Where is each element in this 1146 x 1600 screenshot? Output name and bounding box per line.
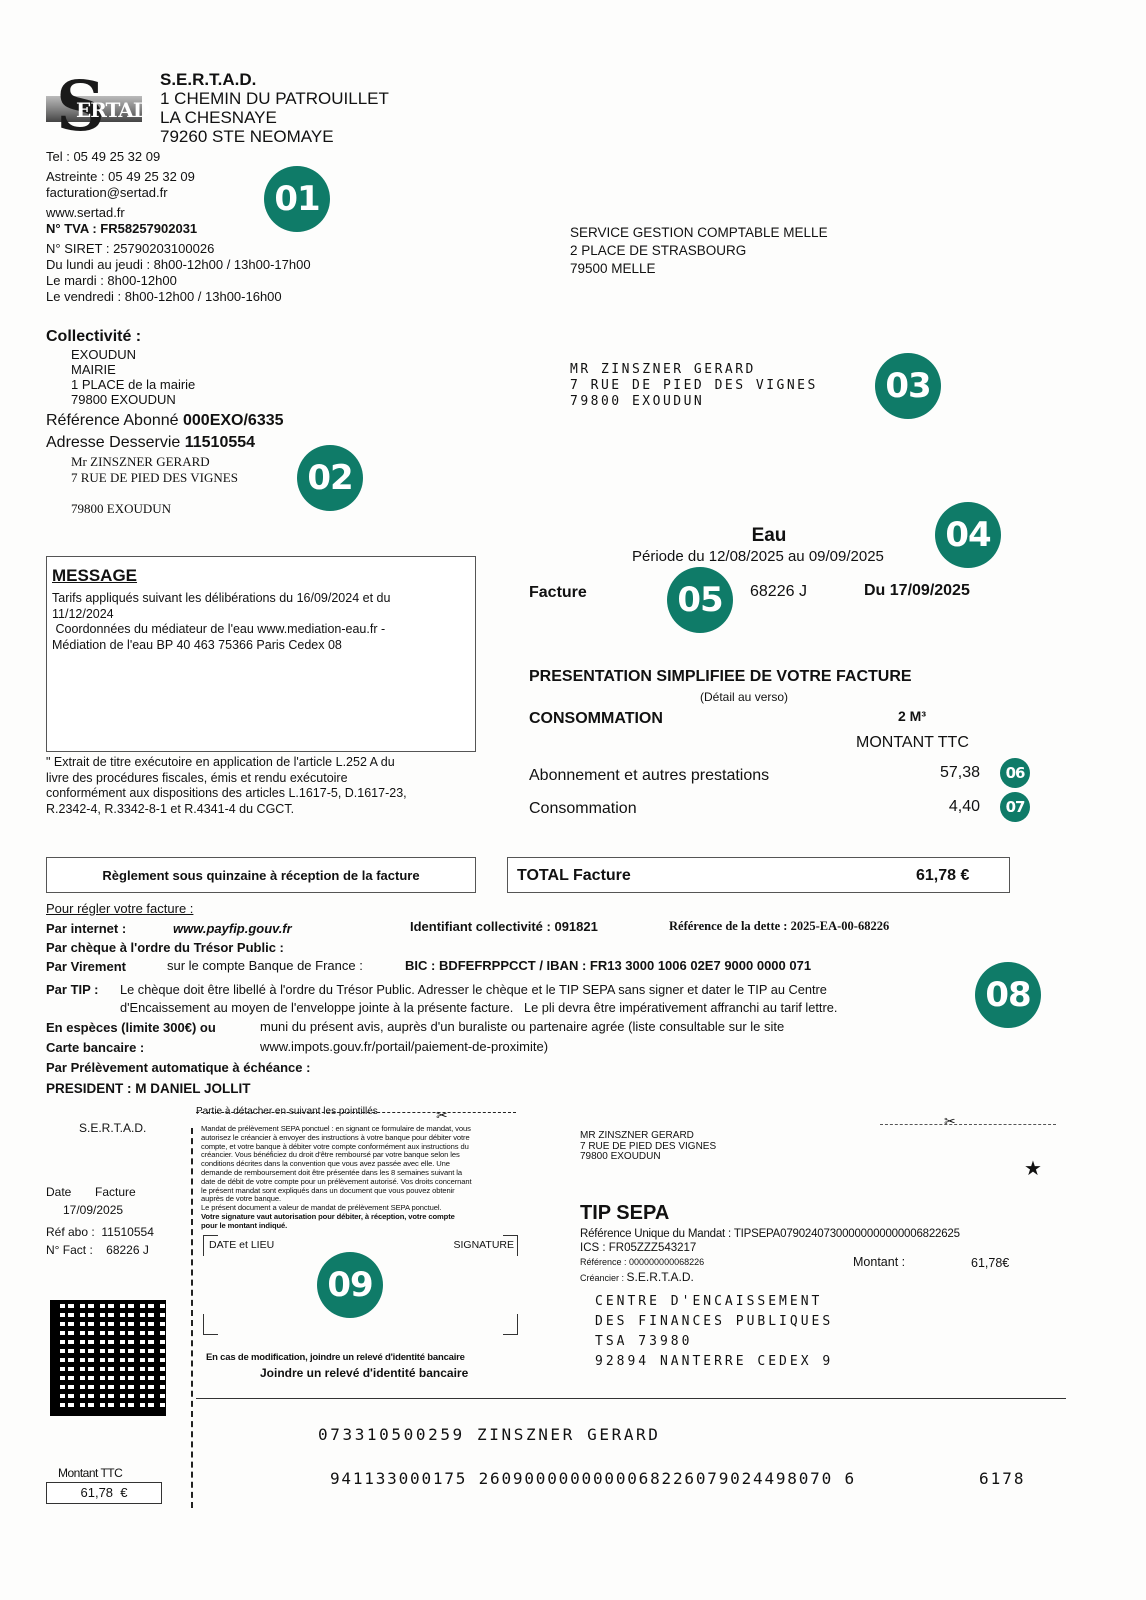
internet-label: Par internet : bbox=[46, 921, 126, 936]
sender-siret: N° SIRET : 25790203100026 bbox=[46, 241, 311, 257]
tip-text: Le chèque doit être libellé à l'ordre du… bbox=[120, 981, 837, 1017]
sender-tel: Tel : 05 49 25 32 09 bbox=[46, 149, 311, 165]
sender-address-2: LA CHESNAYE bbox=[160, 108, 389, 127]
modification-note: En cas de modification, joindre un relev… bbox=[206, 1352, 465, 1363]
adresse-desservie-value: 11510554 bbox=[185, 434, 255, 451]
desservie-line-1: Mr ZINSZNER GERARD bbox=[71, 454, 284, 470]
star-icon: ★ bbox=[1024, 1156, 1042, 1181]
consumption-value: 2 M³ bbox=[898, 708, 926, 724]
total-label: TOTAL Facture bbox=[517, 867, 631, 885]
deadline-text: Règlement sous quinzaine à réception de … bbox=[102, 868, 419, 883]
invoice-date: Du 17/09/2025 bbox=[864, 582, 970, 600]
mandate-text: Mandat de prélèvement SEPA ponctuel : en… bbox=[201, 1125, 545, 1231]
invoice-period: Période du 12/08/2025 au 09/09/2025 bbox=[632, 548, 884, 565]
micr-code: 6178 bbox=[979, 1469, 1026, 1488]
stub-amount-label: Montant TTC bbox=[58, 1466, 122, 1480]
reference-abonne: Référence Abonné 000EXO/6335 bbox=[46, 410, 284, 432]
reference-abonne-value: 000EXO/6335 bbox=[183, 412, 284, 429]
service-address-3: 79500 MELLE bbox=[570, 260, 828, 278]
sertad-logo: S ERTAD bbox=[46, 74, 142, 140]
legal-note-3: conformément aux dispositions des articl… bbox=[46, 786, 407, 802]
center-line-4: 92894 NANTERRE CEDEX 9 bbox=[595, 1352, 833, 1372]
summary-row-amount-consommation: 4,40 bbox=[900, 798, 980, 816]
message-title: MESSAGE bbox=[52, 565, 475, 587]
legal-note: " Extrait de titre exécutoire en applica… bbox=[46, 755, 407, 817]
recipient-line-2: 7 RUE DE PIED DES VIGNES bbox=[570, 378, 818, 394]
summary-row-amount-abonnement: 57,38 bbox=[900, 764, 980, 782]
virement-bank: BIC : BDFEFRPPCCT / IBAN : FR13 3000 100… bbox=[405, 958, 811, 973]
sender-contact: Tel : 05 49 25 32 09 Astreinte : 05 49 2… bbox=[46, 149, 311, 305]
tip-separator bbox=[196, 1398, 1066, 1399]
badge-02: 02 bbox=[297, 445, 363, 511]
collectivity-id: Identifiant collectivité : 091821 bbox=[410, 919, 598, 934]
micr-line-1: 073310500259 ZINSZNER GERARD bbox=[318, 1425, 661, 1444]
date-lieu-label: DATE et LIEU bbox=[209, 1239, 274, 1251]
center-line-1: CENTRE D'ENCAISSEMENT bbox=[595, 1292, 833, 1312]
stub-company: S.E.R.T.A.D. bbox=[79, 1121, 146, 1135]
stub-num-fact: N° Fact : 68226 J bbox=[46, 1243, 149, 1257]
tip-amount-label: Montant : bbox=[853, 1255, 905, 1269]
scissors-icon-right: ✂ bbox=[944, 1113, 956, 1130]
recipient-line-1: MR ZINSZNER GERARD bbox=[570, 362, 818, 378]
sender-address-3: 79260 STE NEOMAYE bbox=[160, 127, 389, 146]
tip-creancier: Créancier : S.E.R.T.A.D. bbox=[580, 1270, 694, 1284]
card-label: Carte bancaire : bbox=[46, 1040, 144, 1055]
reference-abonne-label: Référence Abonné bbox=[46, 412, 179, 429]
collectivite-block: Collectivité : EXOUDUN MAIRIE 1 PLACE de… bbox=[46, 327, 284, 517]
encaissement-center: CENTRE D'ENCAISSEMENT DES FINANCES PUBLI… bbox=[595, 1292, 833, 1372]
badge-09: 09 bbox=[317, 1252, 383, 1318]
invoice-number: 68226 J bbox=[750, 583, 807, 601]
cash-label: En espèces (limite 300€) ou bbox=[46, 1020, 216, 1035]
total-value: 61,78 € bbox=[916, 867, 969, 885]
tip-creancier-label: Créancier : bbox=[580, 1273, 624, 1283]
joindre-rib: Joindre un relevé d'identité bancaire bbox=[260, 1366, 468, 1380]
virement-label: Par Virement bbox=[46, 959, 126, 974]
collectivite-line-4: 79800 EXOUDUN bbox=[71, 392, 284, 407]
recipient-line-3: 79800 EXOUDUN bbox=[570, 394, 818, 410]
sender-block: S.E.R.T.A.D. 1 CHEMIN DU PATROUILLET LA … bbox=[160, 70, 389, 146]
service-type: Eau bbox=[730, 525, 808, 547]
message-line-4: Médiation de l'eau BP 40 463 75366 Paris… bbox=[52, 638, 475, 654]
cheque-label: Par chèque à l'ordre du Trésor Public : bbox=[46, 940, 284, 955]
stub-facture-label: Facture bbox=[95, 1185, 136, 1199]
deadline-box: Règlement sous quinzaine à réception de … bbox=[46, 857, 476, 893]
collectivite-line-2: MAIRIE bbox=[71, 362, 284, 377]
tip-amount-value: 61,78€ bbox=[971, 1256, 1009, 1270]
collectivite-line-1: EXOUDUN bbox=[71, 347, 284, 362]
legal-note-1: " Extrait de titre exécutoire en applica… bbox=[46, 755, 407, 771]
scissors-icon: ✂ bbox=[436, 1107, 448, 1124]
summary-subtitle: (Détail au verso) bbox=[700, 690, 788, 704]
sender-hours-1: Du lundi au jeudi : 8h00-12h00 / 13h00-1… bbox=[46, 257, 311, 273]
service-address-2: 2 PLACE DE STRASBOURG bbox=[570, 242, 828, 260]
debt-reference: Référence de la dette : 2025-EA-00-68226 bbox=[669, 919, 889, 934]
legal-note-4: R.2342-4, R.3342-8-1 et R.4341-4 du CGCT… bbox=[46, 802, 407, 818]
detach-line-top bbox=[196, 1112, 516, 1113]
adresse-desservie-label: Adresse Desservie bbox=[46, 434, 180, 451]
tip-creancier-value: S.E.R.T.A.D. bbox=[627, 1270, 694, 1284]
prelevement-label: Par Prélèvement automatique à échéance : bbox=[46, 1060, 310, 1075]
stub-date-value: 17/09/2025 bbox=[63, 1203, 123, 1217]
payment-heading: Pour régler votre facture : bbox=[46, 901, 193, 916]
tip-address: MR ZINSZNER GERARD 7 RUE DE PIED DES VIG… bbox=[580, 1131, 716, 1163]
badge-03: 03 bbox=[875, 353, 941, 419]
collectivite-label: Collectivité : bbox=[46, 327, 284, 347]
detach-line-vertical bbox=[191, 1128, 193, 1508]
center-line-2: DES FINANCES PUBLIQUES bbox=[595, 1312, 833, 1332]
message-line-3: Coordonnées du médiateur de l'eau www.me… bbox=[52, 622, 475, 638]
amount-header: MONTANT TTC bbox=[856, 734, 969, 752]
summary-row-label-abonnement: Abonnement et autres prestations bbox=[529, 767, 769, 785]
payfip-link[interactable]: www.payfip.gouv.fr bbox=[173, 921, 292, 936]
detach-line-right bbox=[880, 1124, 1056, 1125]
tip-text-2: d'Encaissement au moyen de l'enveloppe j… bbox=[120, 999, 837, 1017]
stub-date-label: Date bbox=[46, 1185, 71, 1199]
tip-ics: ICS : FR05ZZZ543217 bbox=[580, 1242, 696, 1254]
stub-amount-value: 61,78 € bbox=[46, 1482, 162, 1504]
tip-reference: Référence : 000000000068226 bbox=[580, 1257, 704, 1267]
total-box: TOTAL Facture 61,78 € bbox=[507, 857, 1010, 893]
service-address-1: SERVICE GESTION COMPTABLE MELLE bbox=[570, 224, 828, 242]
signature-label: SIGNATURE bbox=[454, 1239, 514, 1251]
legal-note-2: livre des procédures fiscales, émis et r… bbox=[46, 771, 407, 787]
sender-tva: N° TVA : FR58257902031 bbox=[46, 221, 311, 237]
message-line-1: Tarifs appliqués suivant les délibératio… bbox=[52, 591, 475, 607]
president: PRESIDENT : M DANIEL JOLLIT bbox=[46, 1081, 251, 1096]
badge-01: 01 bbox=[264, 166, 330, 232]
message-box: MESSAGE Tarifs appliqués suivant les dél… bbox=[46, 556, 476, 752]
badge-08: 08 bbox=[975, 962, 1041, 1028]
badge-04: 04 bbox=[935, 502, 1001, 568]
invoice-label: Facture bbox=[529, 584, 587, 602]
sender-hours-3: Le vendredi : 8h00-12h00 / 13h00-16h00 bbox=[46, 289, 311, 305]
card-text[interactable]: www.impots.gouv.fr/portail/paiement-de-p… bbox=[260, 1039, 548, 1054]
service-address: SERVICE GESTION COMPTABLE MELLE 2 PLACE … bbox=[570, 224, 828, 278]
center-line-3: TSA 73980 bbox=[595, 1332, 833, 1352]
recipient-address: MR ZINSZNER GERARD 7 RUE DE PIED DES VIG… bbox=[570, 362, 818, 410]
micr-line-2: 941133000175 260900000000006822607902449… bbox=[330, 1469, 856, 1488]
message-line-2: 11/12/2024 bbox=[52, 607, 475, 623]
summary-title: PRESENTATION SIMPLIFIEE DE VOTRE FACTURE bbox=[529, 668, 912, 686]
sender-hours-2: Le mardi : 8h00-12h00 bbox=[46, 273, 311, 289]
tip-text-1: Le chèque doit être libellé à l'ordre du… bbox=[120, 981, 837, 999]
sender-address-1: 1 CHEMIN DU PATROUILLET bbox=[160, 89, 389, 108]
cash-text: muni du présent avis, auprès d'un burali… bbox=[260, 1019, 784, 1034]
badge-07: 07 bbox=[1000, 792, 1030, 822]
adresse-desservie: Adresse Desservie 11510554 bbox=[46, 432, 284, 454]
desservie-line-2: 7 RUE DE PIED DES VIGNES bbox=[71, 470, 284, 486]
badge-06: 06 bbox=[1000, 758, 1030, 788]
virement-text: sur le compte Banque de France : bbox=[167, 958, 363, 973]
tip-title: TIP SEPA bbox=[580, 1202, 669, 1225]
tip-rum: Référence Unique du Mandat : TIPSEPA0790… bbox=[580, 1228, 960, 1240]
mandate-bold-2: pour le montant indiqué. bbox=[201, 1222, 545, 1231]
badge-05: 05 bbox=[667, 567, 733, 633]
logo-text: ERTAD bbox=[76, 98, 149, 122]
tip-address-3: 79800 EXOUDUN bbox=[580, 1152, 716, 1163]
sender-name: S.E.R.T.A.D. bbox=[160, 70, 389, 89]
summary-row-label-consommation: Consommation bbox=[529, 800, 637, 818]
consumption-label: CONSOMMATION bbox=[529, 710, 663, 728]
datamatrix-code bbox=[50, 1300, 166, 1416]
tip-label: Par TIP : bbox=[46, 982, 99, 997]
collectivite-line-3: 1 PLACE de la mairie bbox=[71, 377, 284, 392]
stub-ref-abo: Réf abo : 11510554 bbox=[46, 1225, 154, 1239]
desservie-city: 79800 EXOUDUN bbox=[71, 501, 284, 517]
tip-address-1: MR ZINSZNER GERARD bbox=[580, 1131, 716, 1142]
